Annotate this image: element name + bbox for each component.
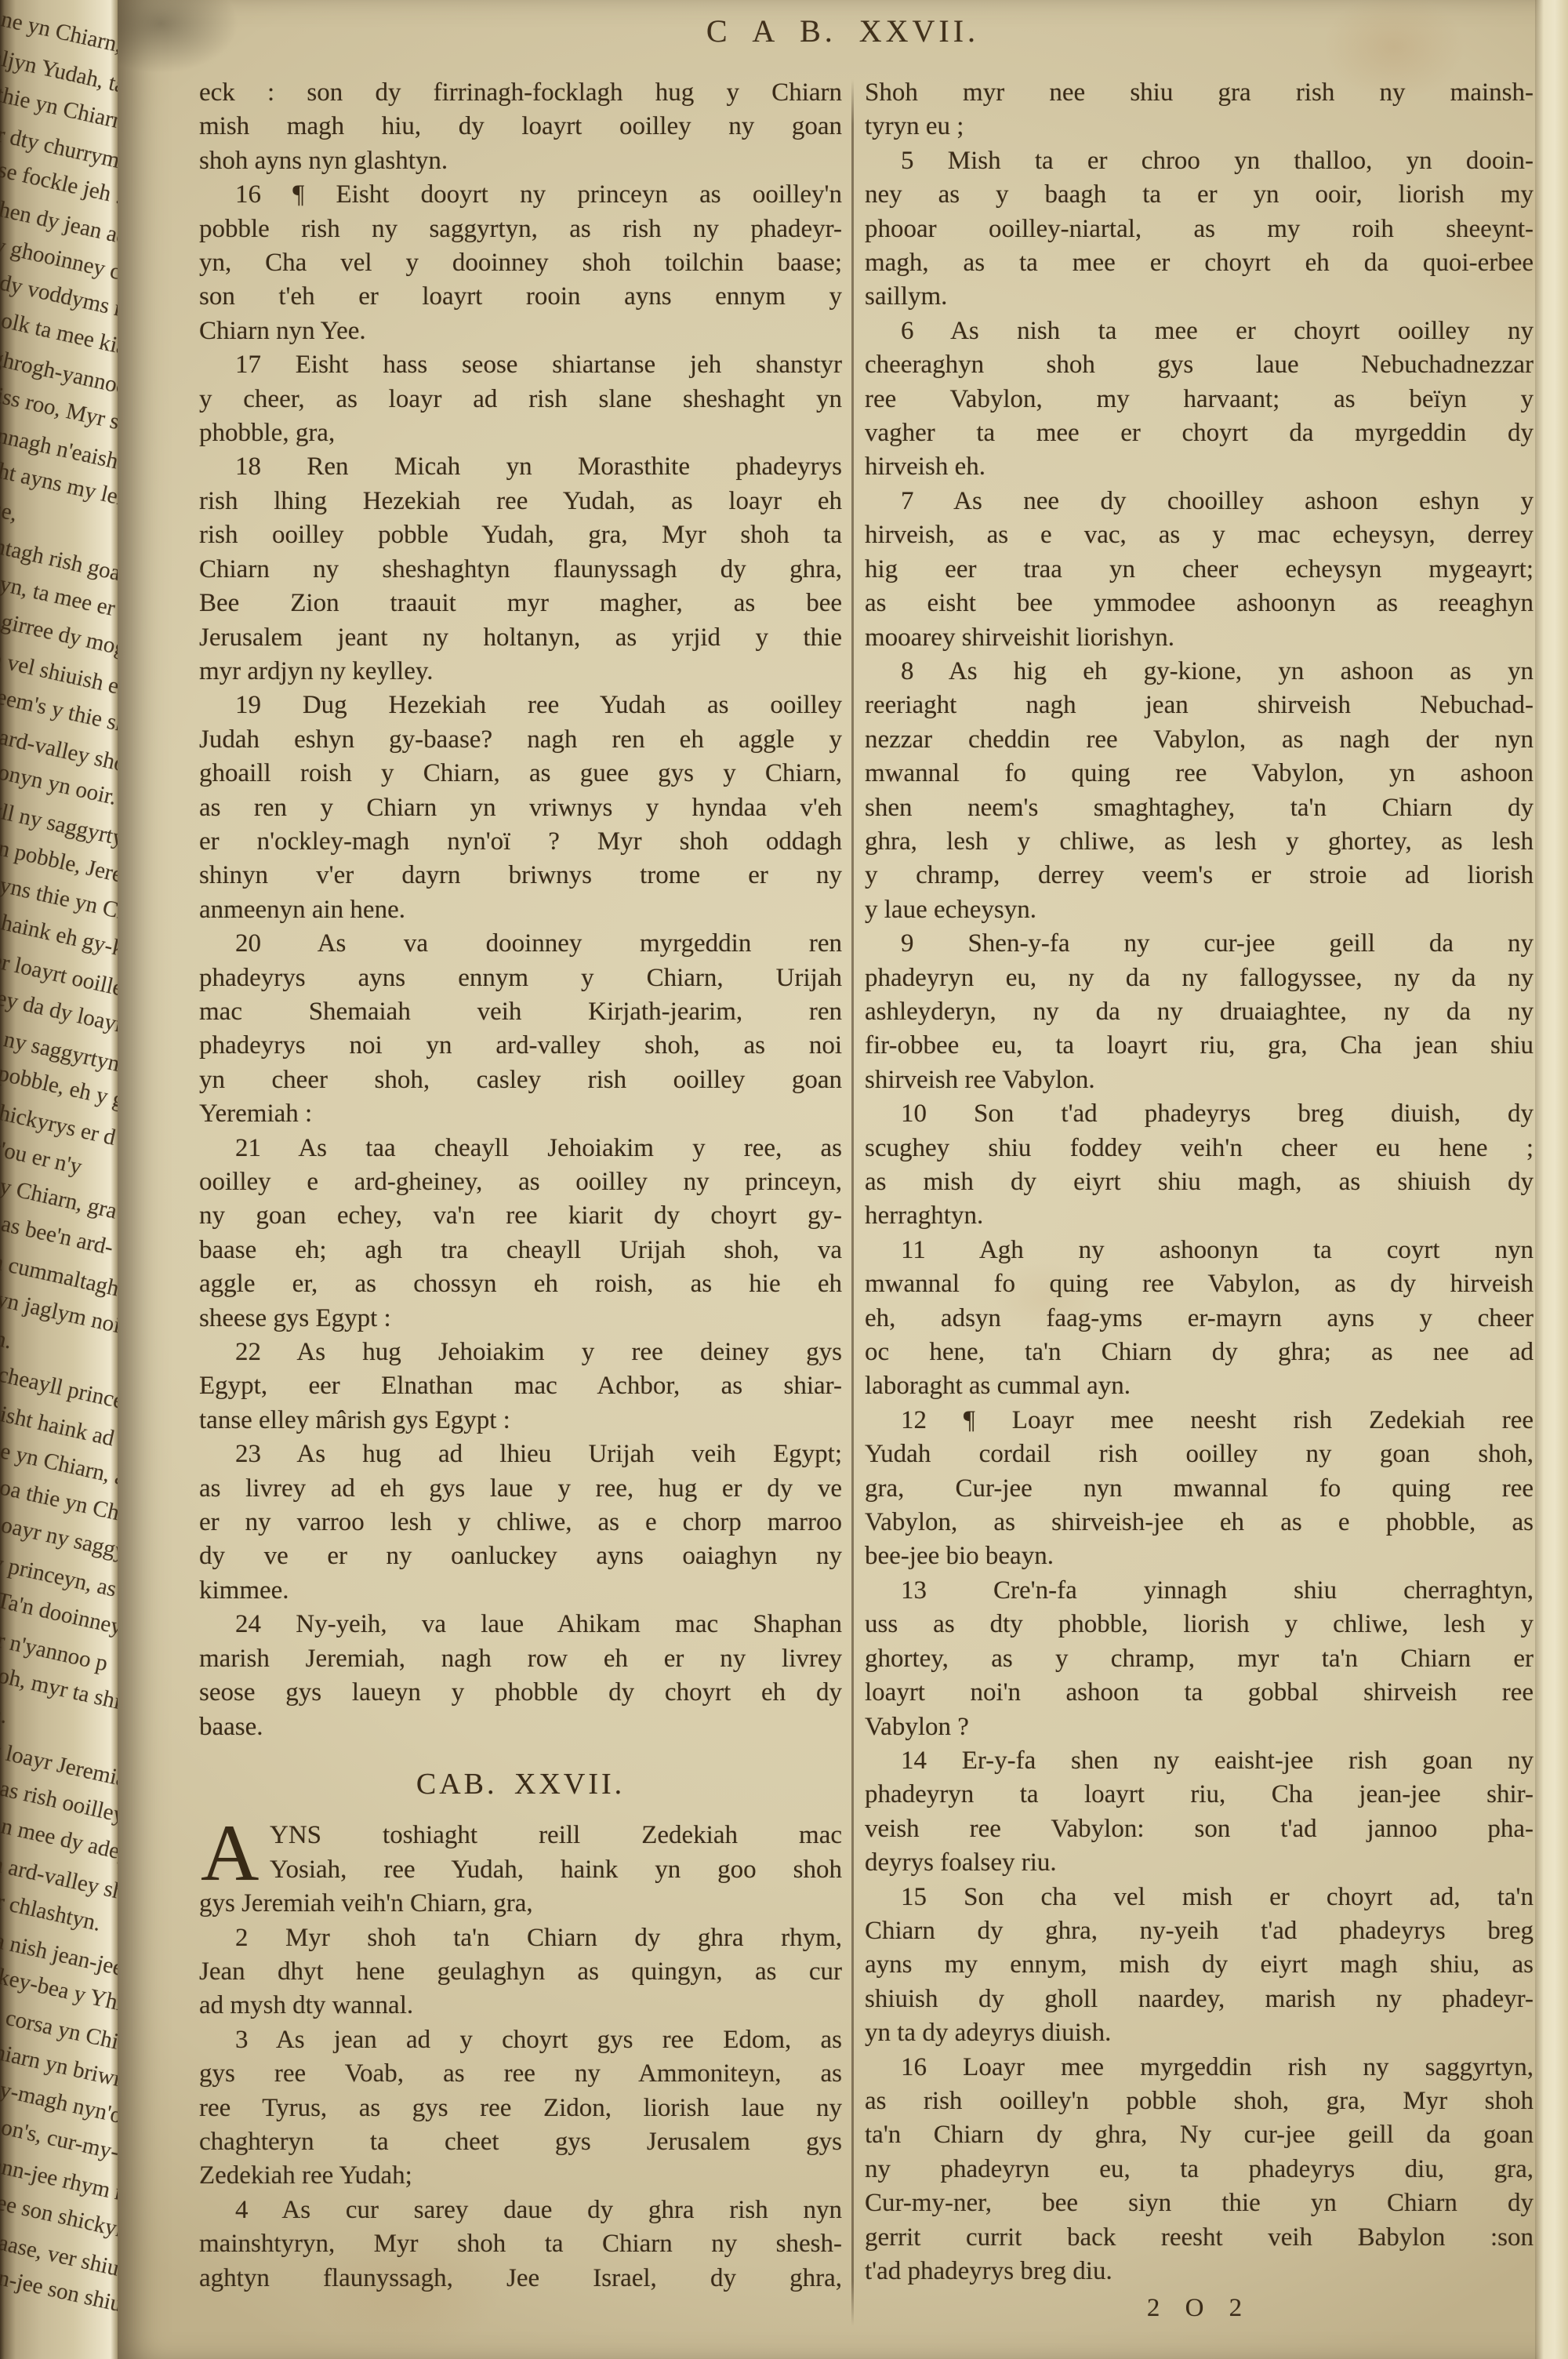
text-line: ashleyderyn, ny da ny druaiaghtee, ny da… xyxy=(865,995,1534,1029)
text-line: gra, Cur-jee nyn mwannal fo quing ree xyxy=(865,1472,1534,1506)
text-line: loayrt noi'n ashoon ta gobbal shirveish … xyxy=(865,1676,1534,1710)
text-line: rish ooilley pobble Yudah, gra, Myr shoh… xyxy=(199,518,842,552)
text-line: shoh ayns nyn glashtyn. xyxy=(199,144,842,178)
text-line: shinyn v'er dayrn briwnys trome er ny xyxy=(199,859,842,892)
text-line: Judah eshyn gy-baase? nagh ren eh aggle … xyxy=(199,723,842,757)
text-line: nezzar cheddin ree Vabylon, as nagh der … xyxy=(865,723,1534,757)
text-line: shiuish dy gholl naardey, marish ny phad… xyxy=(865,1983,1534,2016)
text-line: y chramp, derrey veem's er stroie ad lio… xyxy=(865,859,1534,892)
text-line: mac Shemaiah veih Kirjath-jearim, ren xyxy=(199,995,842,1029)
text-line: shirveish ree Vabylon. xyxy=(865,1063,1534,1097)
text-line: gys ree Voab, as ree ny Ammoniteyn, as xyxy=(199,2057,842,2091)
text-line: mish magh hiu, dy loayrt ooilley ny goan xyxy=(199,110,842,144)
text-line: 22 As hug Jehoiakim y ree deiney gys xyxy=(199,1336,842,1369)
text-line: 8 As hig eh gy-kione, yn ashoon as yn xyxy=(865,655,1534,689)
text-line: 12 ¶ Loayr mee neesht rish Zedekiah ree xyxy=(865,1404,1534,1438)
drop-cap: A xyxy=(201,1819,259,1888)
text-line: as rish ooilley'n pobble shoh, gra, Myr … xyxy=(865,2085,1534,2118)
text-line: Egypt, eer Elnathan mac Achbor, as shiar… xyxy=(199,1369,842,1403)
text-line: as mish dy eiyrt shiu magh, as shiuish d… xyxy=(865,1165,1534,1199)
text-line: hig eer traa yn cheer echeysyn mygeayrt; xyxy=(865,553,1534,587)
text-line: phobble, gra, xyxy=(199,416,842,450)
text-line: 15 Son cha vel mish er choyrt ad, ta'n xyxy=(865,1881,1534,1914)
text-line: Cur-my-ner, bee siyn thie yn Chiarn dy xyxy=(865,2186,1534,2220)
right-column: Shoh myr nee shiu gra rish ny mainsh-tyr… xyxy=(865,76,1534,2326)
text-line: ooilley e ard-gheiney, as ooilley ny pri… xyxy=(199,1165,842,1199)
text-line: 14 Er-y-fa shen ny eaisht-jee rish goan … xyxy=(865,1744,1534,1778)
text-line: uss as dty phobble, liorish y chliwe, le… xyxy=(865,1608,1534,1641)
text-line: eck : son dy firrinagh-focklagh hug y Ch… xyxy=(199,76,842,110)
text-line: ree Vabylon, my harvaant; as beïyn y xyxy=(865,383,1534,416)
text-line: chaghteryn ta cheet gys Jerusalem gys xyxy=(199,2125,842,2159)
text-line: sheese gys Egypt : xyxy=(199,1302,842,1336)
text-line: herraghtyn. xyxy=(865,1199,1534,1233)
text-line: as ren y Chiarn yn vriwnys y hyndaa v'eh xyxy=(199,791,842,825)
text-line: 7 As nee dy chooilley ashoon eshyn y xyxy=(865,485,1534,518)
text-line: ney as y baagh ta er yn ooir, liorish my xyxy=(865,178,1534,212)
text-line: Zedekiah ree Yudah; xyxy=(199,2159,842,2193)
text-line: rish lhing Hezekiah ree Yudah, as loayr … xyxy=(199,485,842,518)
text-line: 16 ¶ Eisht dooyrt ny princeyn as ooilley… xyxy=(199,178,842,212)
text-line: y cheer, as loayr ad rish slane sheshagh… xyxy=(199,383,842,416)
text-line: as livrey ad eh gys laue y ree, hug er d… xyxy=(199,1472,842,1506)
text-line: y laue echeysyn. xyxy=(865,893,1534,927)
text-line: Chiarn dy ghra, ny-yeih t'ad phadeyrys b… xyxy=(865,1914,1534,1948)
text-line: 4 As cur sarey daue dy ghra rish nyn xyxy=(199,2194,842,2227)
signature-mark: 2 O 2 xyxy=(865,2292,1534,2325)
chapter-heading: CAB. XXVII. xyxy=(199,1768,842,1801)
text-line: Vabylon, as shirveish-jee eh as e phobbl… xyxy=(865,1506,1534,1539)
text-line: ree Tyrus, as gys ree Zidon, liorish lau… xyxy=(199,2092,842,2125)
text-line: fir-obbee eu, ta loayrt riu, gra, Cha je… xyxy=(865,1029,1534,1063)
column-divider xyxy=(851,79,854,2326)
text-line: 5 Mish ta er chroo yn thalloo, yn dooin- xyxy=(865,144,1534,178)
text-line: yn cheer shoh, casley rish ooilley goan xyxy=(199,1063,842,1097)
text-line: mainshtyryn, Myr shoh ta Chiarn ny shesh… xyxy=(199,2227,842,2261)
text-line: marish Jeremiah, nagh row eh er ny livre… xyxy=(199,1642,842,1676)
text-line: tyryn eu ; xyxy=(865,110,1534,144)
text-line: 16 Loayr mee myrgeddin rish ny saggyrtyn… xyxy=(865,2051,1534,2085)
text-line: Jean dhyt hene geulaghyn as quingyn, as … xyxy=(199,1955,842,1989)
text-line: t'ad phadeyrys breg diu. xyxy=(865,2255,1534,2288)
text-line: Vabylon ? xyxy=(865,1710,1534,1744)
text-line: 19 Dug Hezekiah ree Yudah as ooilley xyxy=(199,689,842,722)
text-line: anmeenyn ain hene. xyxy=(199,893,842,927)
running-header: C A B. XXVII. xyxy=(118,0,1568,49)
text-line: ta'n Chiarn dy ghra, Ny cur-jee geill da… xyxy=(865,2118,1534,2152)
text-line: scughey shiu foddey veih'n cheer eu hene… xyxy=(865,1132,1534,1165)
text-line: ayns my ennym, mish dy eiyrt magh shiu, … xyxy=(865,1948,1534,1982)
text-line: cheeraghyn shoh gys laue Nebuchadnezzar xyxy=(865,348,1534,382)
text-line: ghoaill roish y Chiarn, as guee gys y Ch… xyxy=(199,757,842,791)
text-line: dy ve er ny oanluckey ayns oaiaghyn ny xyxy=(199,1539,842,1573)
text-line: deyrys foalsey riu. xyxy=(865,1846,1534,1880)
text-line: 6 As nish ta mee er choyrt ooilley ny xyxy=(865,314,1534,348)
text-line: ad mysh dty wannal. xyxy=(199,1989,842,2023)
text-line: ghortey, as y chramp, myr ta'n Chiarn er xyxy=(865,1642,1534,1676)
text-line: magh, as ta mee er choyrt eh da quoi-erb… xyxy=(865,246,1534,280)
previous-page-edge: ne yn Chiarn, dy ghaljyn Yudah, ta cheet… xyxy=(0,0,118,2359)
text-line: ny goan echey, va'n ree kiarit dy choyrt… xyxy=(199,1199,842,1233)
page-right-edge xyxy=(1535,0,1568,2359)
text-line: gys Jeremiah veih'n Chiarn, gra, xyxy=(199,1887,842,1921)
text-line: ghra, lesh y chliwe, as lesh y ghortey, … xyxy=(865,825,1534,859)
text-line: Yudah cordail rish ooilley ny goan shoh, xyxy=(865,1438,1534,1471)
text-line: yn, Cha vel y dooinney shoh toilchin baa… xyxy=(199,246,842,280)
page: C A B. XXVII. eck : son dy firrinagh-foc… xyxy=(118,0,1568,2359)
text-line: Yosiah, ree Yudah, haink yn goo shoh xyxy=(199,1853,842,1887)
text-line: mwannal fo quing ree Vabylon, yn ashoon xyxy=(865,757,1534,791)
text-line: er ny varroo lesh y chliwe, as e chorp m… xyxy=(199,1506,842,1539)
text-line: 13 Cre'n-fa yinnagh shiu cherraghtyn, xyxy=(865,1574,1534,1608)
text-line: baase. xyxy=(199,1710,842,1744)
text-line: myr ardjyn ny keylley. xyxy=(199,655,842,689)
text-line: ny phadeyryn eu, ta phadeyrys diu, gra, xyxy=(865,2153,1534,2186)
text-line: er n'ockley-magh nyn'oï ? Myr shoh oddag… xyxy=(199,825,842,859)
text-line: 17 Eisht hass seose shiartanse jeh shans… xyxy=(199,348,842,382)
text-line: 9 Shen-y-fa ny cur-jee geill da ny xyxy=(865,927,1534,961)
text-line: 3 As jean ad y choyrt gys ree Edom, as xyxy=(199,2023,842,2057)
text-line: oc hene, ta'n Chiarn dy ghra; as nee ad xyxy=(865,1336,1534,1369)
book-page-scan: ne yn Chiarn, dy ghaljyn Yudah, ta cheet… xyxy=(0,0,1568,2359)
text-line: 2 Myr shoh ta'n Chiarn dy ghra rhym, xyxy=(199,1921,842,1955)
text-line: saillym. xyxy=(865,280,1534,314)
chapter-opening: AYNS toshiaght reill Zedekiah macYosiah,… xyxy=(199,1819,842,1887)
text-line: 18 Ren Micah yn Morasthite phadeyrys xyxy=(199,450,842,484)
left-column: eck : son dy firrinagh-focklagh hug y Ch… xyxy=(199,76,842,2326)
text-line: tanse elley mârish gys Egypt : xyxy=(199,1404,842,1438)
text-line: phooar ooilley-niartal, as my roih sheey… xyxy=(865,213,1534,246)
text-line: mwannal fo quing ree Vabylon, as dy hirv… xyxy=(865,1267,1534,1301)
text-line: 23 As hug ad lhieu Urijah veih Egypt; xyxy=(199,1438,842,1471)
text-line: laboraght as cummal ayn. xyxy=(865,1369,1534,1403)
text-line: gerrit currit back reesht veih Babylon :… xyxy=(865,2221,1534,2255)
text-line: vagher ta mee er choyrt da myrgeddin dy xyxy=(865,416,1534,450)
text-line: reeriaght nagh jean shirveish Nebuchad- xyxy=(865,689,1534,722)
text-line: hirveish eh. xyxy=(865,450,1534,484)
text-line: phadeyryn eu, ny da ny fallogyssee, ny d… xyxy=(865,961,1534,995)
text-line: hirveish, as e vac, as y mac echeysyn, d… xyxy=(865,518,1534,552)
text-line: eh, adsyn faag-yms er-mayrn ayns y cheer xyxy=(865,1302,1534,1336)
text-line: seose gys laueyn y phobble dy choyrt eh … xyxy=(199,1676,842,1710)
text-line: Shoh myr nee shiu gra rish ny mainsh- xyxy=(865,76,1534,110)
text-line: Jerusalem jeant ny holtanyn, as yrjid y … xyxy=(199,621,842,655)
text-line: 21 As taa cheayll Jehoiakim y ree, as xyxy=(199,1132,842,1165)
text-line: Chiarn nyn Yee. xyxy=(199,314,842,348)
text-line: aghtyn flaunyssagh, Jee Israel, dy ghra, xyxy=(199,2262,842,2295)
text-line: mooarey shirveishit liorishyn. xyxy=(865,621,1534,655)
text-line: phadeyrys noi yn ard-valley shoh, as noi xyxy=(199,1029,842,1063)
text-line: Bee Zion traauit myr magher, as bee xyxy=(199,587,842,620)
text-line: pobble rish ny saggyrtyn, as rish ny pha… xyxy=(199,213,842,246)
text-line: 11 Agh ny ashoonyn ta coyrt nyn xyxy=(865,1234,1534,1267)
text-line: Yeremiah : xyxy=(199,1097,842,1131)
text-line: baase eh; agh tra cheayll Urijah shoh, v… xyxy=(199,1234,842,1267)
text-line: son t'eh er loayrt rooin ayns ennym y xyxy=(199,280,842,314)
text-line: phadeyrys ayns ennym y Chiarn, Urijah xyxy=(199,961,842,995)
text-line: yn ta dy adeyrys diuish. xyxy=(865,2016,1534,2050)
text-line: as eisht bee ymmodee ashoonyn as reeaghy… xyxy=(865,587,1534,620)
text-line: Chiarn ny sheshaghtyn flaunyssagh dy ghr… xyxy=(199,553,842,587)
text-line: kimmee. xyxy=(199,1574,842,1608)
text-line: veish ree Vabylon: son t'ad jannoo pha- xyxy=(865,1812,1534,1846)
text-line: shen neem's smaghtaghey, ta'n Chiarn dy xyxy=(865,791,1534,825)
text-line: 24 Ny-yeih, va laue Ahikam mac Shaphan xyxy=(199,1608,842,1641)
text-line: YNS toshiaght reill Zedekiah mac xyxy=(199,1819,842,1852)
text-line: phadeyryn ta loayrt riu, Cha jean-jee sh… xyxy=(865,1778,1534,1812)
text-line: bee-jee bio beayn. xyxy=(865,1539,1534,1573)
text-line: 10 Son t'ad phadeyrys breg diuish, dy xyxy=(865,1097,1534,1131)
text-line: 20 As va dooinney myrgeddin ren xyxy=(199,927,842,961)
text-line: aggle er, as chossyn eh roish, as hie eh xyxy=(199,1267,842,1301)
page-content: eck : son dy firrinagh-focklagh hug y Ch… xyxy=(199,76,1534,2326)
